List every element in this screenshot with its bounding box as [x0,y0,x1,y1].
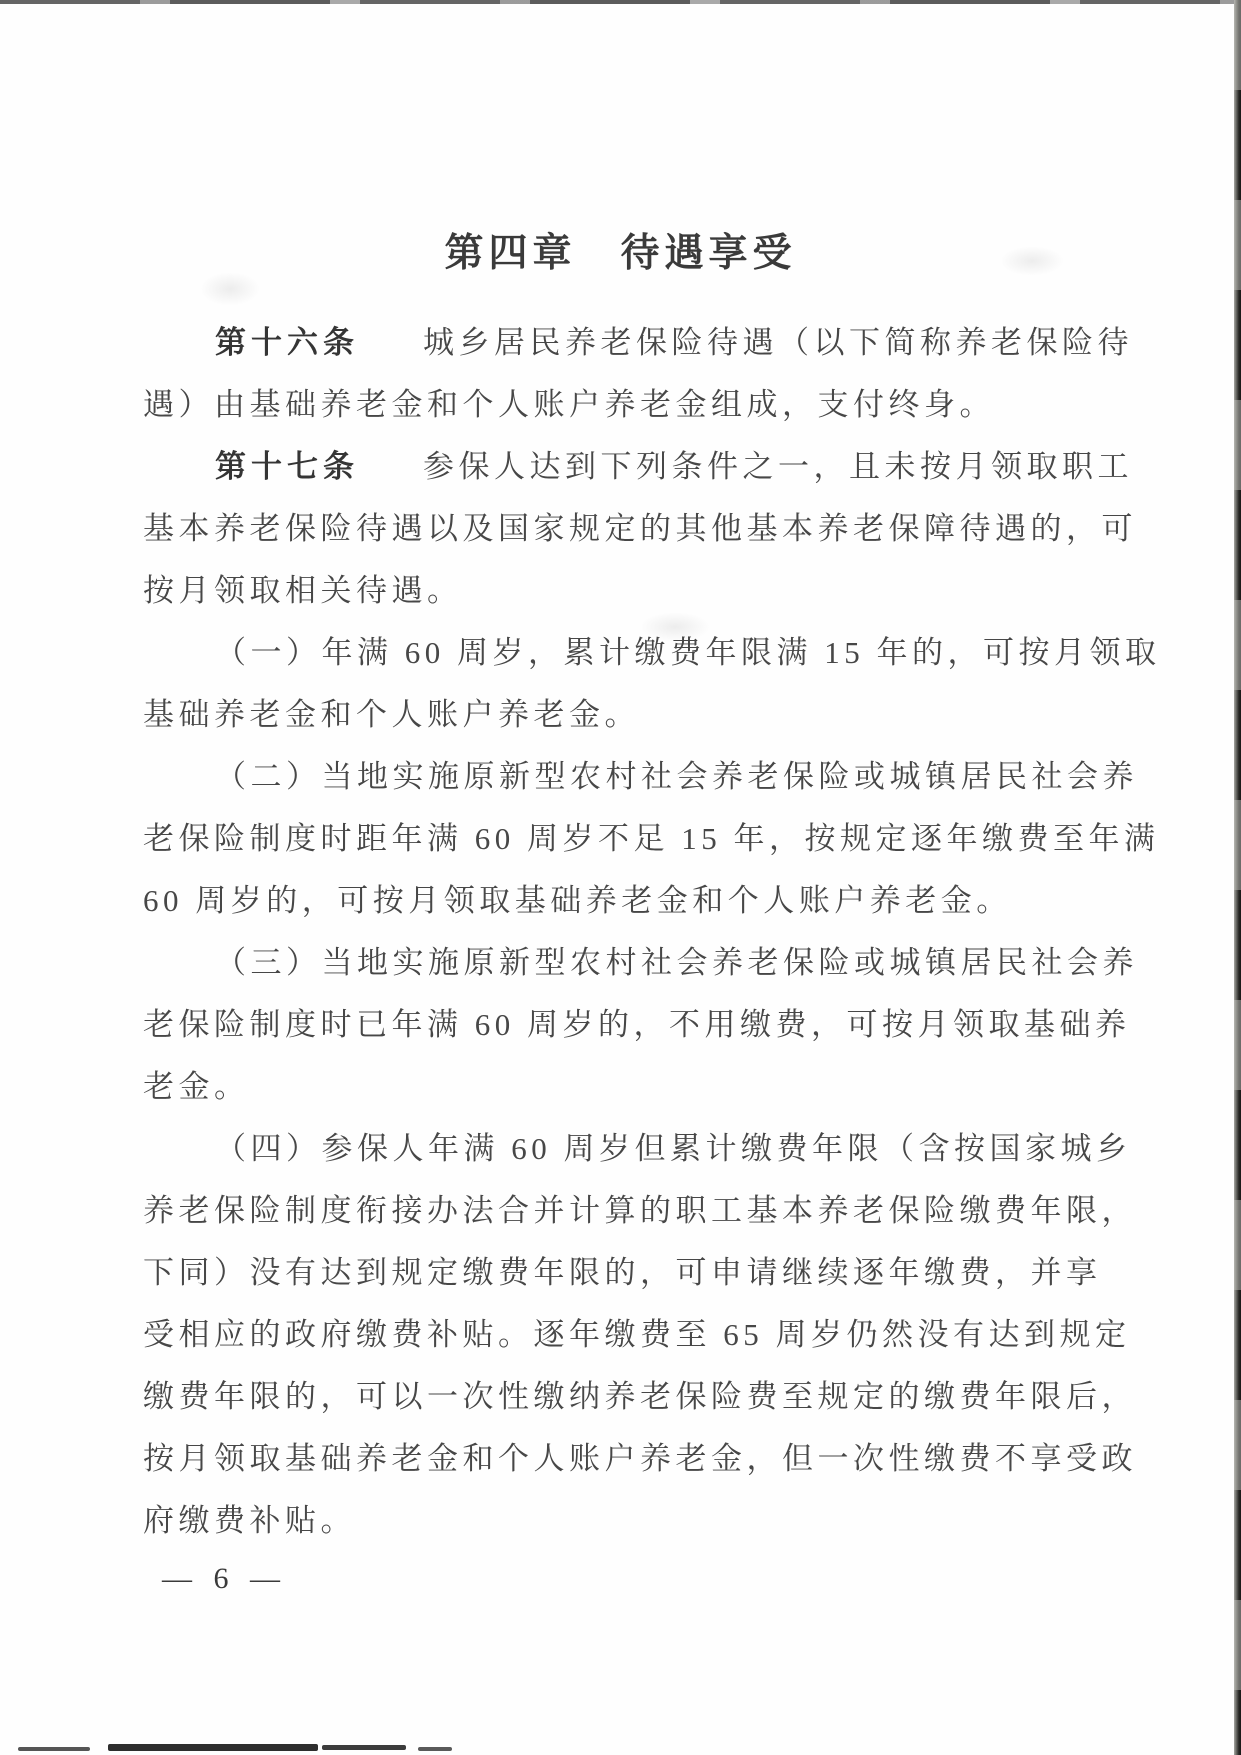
line-text: 老金。 [143,1069,250,1104]
line-text: 老保险制度时已年满 60 周岁的，不用缴费，可按月领取基础养 [143,1007,1131,1042]
line-text: 老保险制度时距年满 60 周岁不足 15 年，按规定逐年缴费至年满 [143,821,1160,856]
scan-artifact-bottom-dash [18,1747,90,1751]
text-line: 老金。 [143,1056,1105,1118]
line-text: 缴费年限的，可以一次性缴纳养老保险费至规定的缴费年限后， [143,1379,1137,1414]
chapter-heading: 第四章 待遇享受 [0,222,1241,278]
line-text: （一）年满 60 周岁，累计缴费年限满 15 年的，可按月领取 [215,635,1161,670]
body-text: 第十六条城乡居民养老保险待遇（以下简称养老保险待遇）由基础养老金和个人账户养老金… [143,312,1105,1552]
text-line: 老保险制度时距年满 60 周岁不足 15 年，按规定逐年缴费至年满 [143,808,1105,870]
scan-artifact-top-edge [0,0,1241,4]
line-text: 按月领取基础养老金和个人账户养老金，但一次性缴费不享受政 [143,1441,1137,1476]
text-line: 府缴费补贴。 [143,1490,1105,1552]
line-text: 基本养老保险待遇以及国家规定的其他基本养老保障待遇的，可 [143,511,1137,546]
text-line: 按月领取相关待遇。 [143,560,1105,622]
text-line: 按月领取基础养老金和个人账户养老金，但一次性缴费不享受政 [143,1428,1105,1490]
line-text: 按月领取相关待遇。 [143,573,463,608]
text-line: 下同）没有达到规定缴费年限的，可申请继续逐年缴费，并享 [143,1242,1105,1304]
scan-artifact-bottom-dash [418,1747,452,1751]
line-text: 养老保险制度衔接办法合并计算的职工基本养老保险缴费年限， [143,1193,1137,1228]
text-line: （三）当地实施原新型农村社会养老保险或城镇居民社会养 [143,932,1105,994]
line-text: 下同）没有达到规定缴费年限的，可申请继续逐年缴费，并享 [143,1255,1102,1290]
line-text: 城乡居民养老保险待遇（以下简称养老保险待 [423,325,1133,360]
page-number: — 6 — [162,1562,287,1596]
line-text: （三）当地实施原新型农村社会养老保险或城镇居民社会养 [215,945,1138,980]
text-line: 老保险制度时已年满 60 周岁的，不用缴费，可按月领取基础养 [143,994,1105,1056]
line-text: 60 周岁的，可按月领取基础养老金和个人账户养老金。 [143,883,1012,918]
text-line: 基本养老保险待遇以及国家规定的其他基本养老保障待遇的，可 [143,498,1105,560]
text-line: 基础养老金和个人账户养老金。 [143,684,1105,746]
scan-artifact-bottom-dash [108,1744,318,1751]
text-line: 受相应的政府缴费补贴。逐年缴费至 65 周岁仍然没有达到规定 [143,1304,1105,1366]
line-text: 参保人达到下列条件之一，且未按月领取职工 [423,449,1133,484]
line-text: （二）当地实施原新型农村社会养老保险或城镇居民社会养 [215,759,1138,794]
line-text: 受相应的政府缴费补贴。逐年缴费至 65 周岁仍然没有达到规定 [143,1317,1131,1352]
line-text: 基础养老金和个人账户养老金。 [143,697,640,732]
article-number: 第十六条 [215,325,359,360]
scan-artifact-bottom-dash [322,1745,406,1750]
text-line: 第十六条城乡居民养老保险待遇（以下简称养老保险待 [143,312,1105,374]
article-number: 第十七条 [215,449,359,484]
line-text: 遇）由基础养老金和个人账户养老金组成，支付终身。 [143,387,995,422]
document-page: 第四章 待遇享受 第十六条城乡居民养老保险待遇（以下简称养老保险待遇）由基础养老… [0,0,1241,1755]
text-line: （二）当地实施原新型农村社会养老保险或城镇居民社会养 [143,746,1105,808]
line-text: 府缴费补贴。 [143,1503,356,1538]
text-line: 缴费年限的，可以一次性缴纳养老保险费至规定的缴费年限后， [143,1366,1105,1428]
line-text: （四）参保人年满 60 周岁但累计缴费年限（含按国家城乡 [215,1131,1132,1166]
text-line: 遇）由基础养老金和个人账户养老金组成，支付终身。 [143,374,1105,436]
text-line: 60 周岁的，可按月领取基础养老金和个人账户养老金。 [143,870,1105,932]
text-line: （四）参保人年满 60 周岁但累计缴费年限（含按国家城乡 [143,1118,1105,1180]
text-line: 养老保险制度衔接办法合并计算的职工基本养老保险缴费年限， [143,1180,1105,1242]
text-line: （一）年满 60 周岁，累计缴费年限满 15 年的，可按月领取 [143,622,1105,684]
text-line: 第十七条参保人达到下列条件之一，且未按月领取职工 [143,436,1105,498]
